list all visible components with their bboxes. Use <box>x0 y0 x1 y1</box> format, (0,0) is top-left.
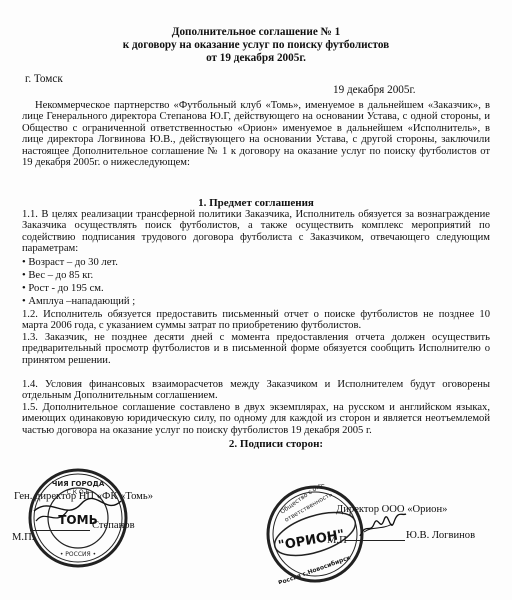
document-subtitle: к договору на оказание услуг по поиску ф… <box>0 39 512 52</box>
parameters-list: • Возраст – до 30 лет. • Вес – до 85 кг.… <box>22 256 135 308</box>
parameter-age: • Возраст – до 30 лет. <box>22 256 135 269</box>
document-title-date: от 19 декабря 2005г. <box>0 52 512 65</box>
right-seal-label: М.П <box>327 535 347 546</box>
section-1-heading: 1. Предмет соглашения <box>0 197 512 209</box>
svg-text:• РОССИЯ •: • РОССИЯ • <box>60 551 96 558</box>
clause-1-4: 1.4. Условия финансовых взаиморасчетов м… <box>22 379 490 402</box>
right-signature-line <box>345 540 405 541</box>
svg-text:С К О Е: С К О Е <box>67 489 90 496</box>
handwritten-signature-icon <box>358 512 408 540</box>
parameter-weight: • Вес – до 85 кг. <box>22 269 135 282</box>
orion-company-stamp-icon: Общество с ограниче ответственность "ОРИ… <box>262 484 368 584</box>
clause-1-5: 1.5. Дополнительное соглашение составлен… <box>22 402 490 436</box>
document-date: 19 декабря 2005г. <box>333 84 416 96</box>
svg-text:ЧИЯ ГОРОДА: ЧИЯ ГОРОДА <box>52 480 105 488</box>
document-city: г. Томск <box>25 73 63 85</box>
document-title: Дополнительное соглашение № 1 <box>0 26 512 39</box>
parameter-height: • Рост - до 195 см. <box>22 282 135 295</box>
parameter-role: • Амплуа –нападающий ; <box>22 295 135 308</box>
intro-paragraph: Некоммерческое партнерство «Футбольный к… <box>22 100 490 168</box>
tom-club-stamp-icon: ЧИЯ ГОРОДА С К О Е ТОМЬ • РОССИЯ • <box>26 466 130 570</box>
clause-1-3: 1.3. Заказчик, не позднее десяти дней с … <box>22 332 490 366</box>
clause-1-1: 1.1. В целях реализации трансферной поли… <box>22 209 490 255</box>
right-signatory-name: Ю.В. Логвинов <box>406 530 475 541</box>
clause-1-2: 1.2. Исполнитель обязуется предоставить … <box>22 309 490 332</box>
section-2-heading: 2. Подписи сторон: <box>20 438 512 450</box>
scanned-document-page: Дополнительное соглашение № 1 к договору… <box>0 0 512 600</box>
